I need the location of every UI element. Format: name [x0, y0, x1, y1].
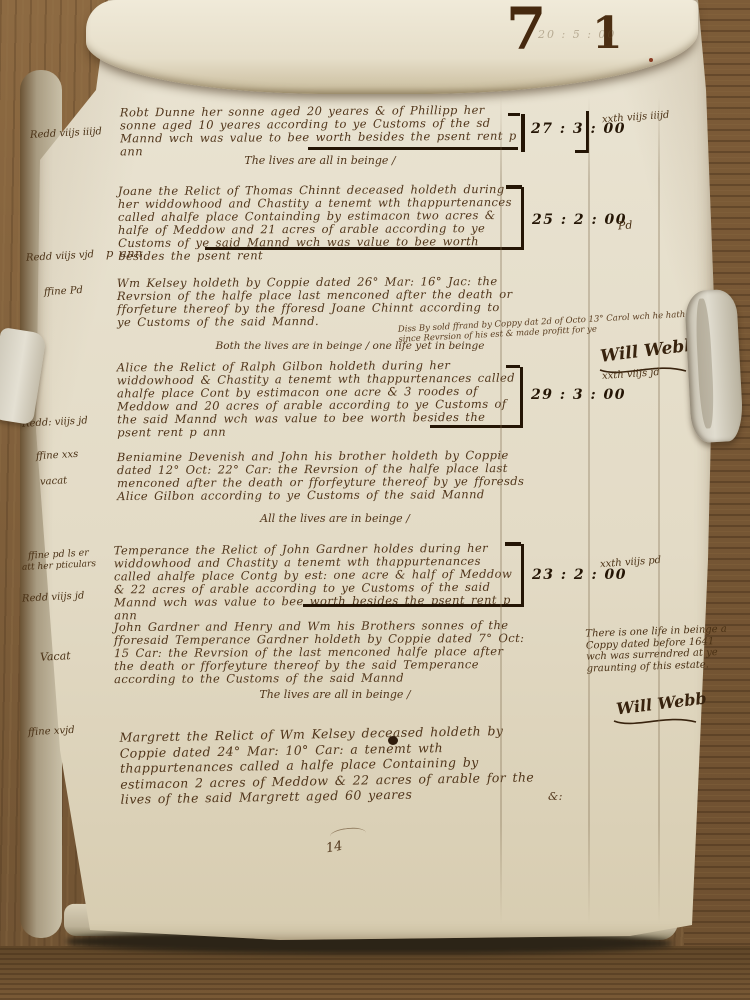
sum-bracket — [508, 113, 520, 116]
book-tie-ribbon-right — [684, 289, 744, 444]
signature-flourish — [612, 714, 700, 729]
margin-note: Redd viijs iiijd — [30, 126, 102, 141]
entry-center-note: The lives are all in beinge / — [130, 154, 510, 167]
sum-bracket — [506, 185, 522, 189]
margin-note-vacat: vacat — [40, 475, 68, 487]
entries-layer: Redd viijs iiijd Robt Dunne her sonne ag… — [0, 0, 750, 1000]
paper-speck — [649, 58, 653, 62]
right-margin-note: xxth viijs pd — [600, 555, 662, 570]
side-note: There is one life in beinge a Coppy date… — [585, 623, 739, 674]
fold-crease — [658, 96, 660, 924]
entry-body: Robt Dunne her sonne aged 20 yeares & of… — [120, 104, 518, 159]
entry-body-tail: p ann — [106, 247, 143, 260]
sum-bracket — [303, 544, 524, 607]
rent-sum: 25 : 2 : 00 — [532, 212, 627, 228]
margin-note-vacat: Vacat — [40, 649, 71, 664]
entry-body-tail: &: — [548, 790, 563, 803]
page-number: 14 — [325, 839, 344, 857]
margin-note: ffine xvjd — [28, 725, 75, 738]
fold-crease — [588, 96, 590, 924]
sum-bracket — [430, 367, 523, 428]
margin-note: Redd viijs vjd — [26, 249, 95, 264]
entry-body: John Gardner and Henry and Wm his Brothe… — [114, 619, 528, 686]
entry-body: Margrett the Relict of Wm Kelsey decease… — [119, 722, 548, 807]
entry-center-note: Both the lives are in beinge / one life … — [170, 340, 530, 352]
sum-bracket — [205, 187, 524, 250]
entry-center-note: All the lives are in beinge / — [170, 512, 500, 525]
entry-body: Beniamine Devenish and John his brother … — [117, 449, 527, 503]
sum-bracket-line — [308, 147, 518, 150]
sum-bracket — [505, 542, 521, 546]
entry-center-note: The lives are all in beinge / — [170, 688, 500, 701]
margin-note: ffine Pd — [44, 285, 83, 298]
right-margin-note: Pd — [618, 219, 633, 233]
sum-bracket — [575, 150, 586, 153]
fold-crease — [500, 96, 502, 924]
sum-bracket — [517, 114, 525, 152]
ink-blot — [388, 736, 398, 745]
sum-bracket — [506, 365, 520, 368]
margin-note: Redd viijs jd — [22, 590, 85, 604]
margin-note: ffine xxs — [36, 449, 79, 462]
rent-sum: 23 : 2 : 00 — [532, 567, 627, 583]
rent-sum: 29 : 3 : 00 — [531, 387, 626, 403]
